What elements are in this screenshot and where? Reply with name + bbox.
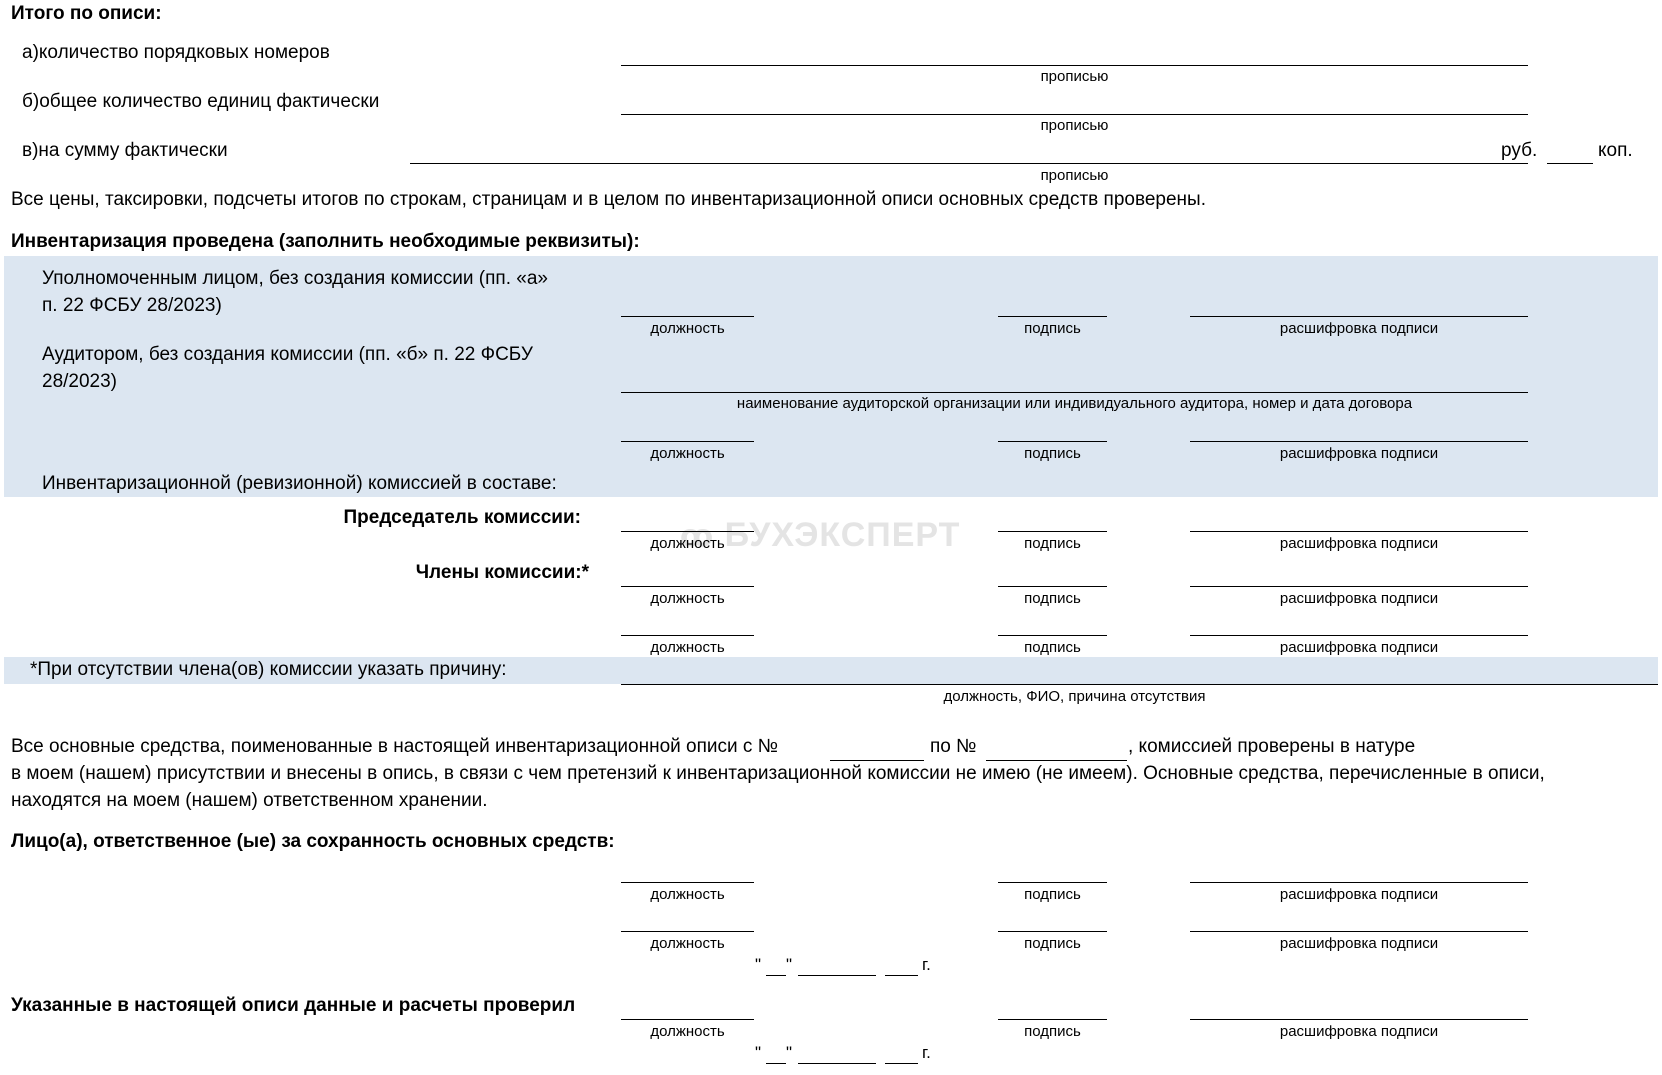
decryption-field[interactable] xyxy=(1190,1019,1528,1020)
decryption-caption: расшифровка подписи xyxy=(1190,320,1528,337)
totals-item-c: в)на сумму фактически xyxy=(22,140,228,162)
decryption-caption: расшифровка подписи xyxy=(1190,535,1528,552)
decryption-caption: расшифровка подписи xyxy=(1190,445,1528,462)
verified-note: Все цены, таксировки, подсчеты итогов по… xyxy=(11,189,1206,211)
position-caption: должность xyxy=(601,935,774,952)
position-caption: должность xyxy=(601,886,774,903)
decryption-caption: расшифровка подписи xyxy=(1190,935,1528,952)
totals-b-caption: прописью xyxy=(621,117,1528,134)
signature-field[interactable] xyxy=(998,586,1107,587)
auditor-name-caption: наименование аудиторской организации или… xyxy=(621,395,1528,412)
signature-field[interactable] xyxy=(998,441,1107,442)
from-number-field[interactable] xyxy=(830,760,924,761)
date-field[interactable] xyxy=(885,1063,918,1064)
position-field[interactable] xyxy=(621,635,754,636)
date-text: г. xyxy=(922,1043,931,1063)
date-field[interactable] xyxy=(766,975,786,976)
signature-caption: подпись xyxy=(978,445,1127,462)
totals-b-field[interactable] xyxy=(621,114,1528,115)
absence-note: *При отсутствии члена(ов) комиссии указа… xyxy=(30,659,507,681)
signature-caption: подпись xyxy=(978,590,1127,607)
totals-c-caption: прописью xyxy=(621,167,1528,184)
statement-part3: , комиссией проверены в натуре xyxy=(1128,736,1415,758)
signature-field[interactable] xyxy=(998,1019,1107,1020)
date-field[interactable] xyxy=(766,1063,786,1064)
decryption-caption: расшифровка подписи xyxy=(1190,590,1528,607)
date-text: г. xyxy=(922,955,931,975)
to-number-field[interactable] xyxy=(986,760,1127,761)
decryption-caption: расшифровка подписи xyxy=(1190,886,1528,903)
decryption-field[interactable] xyxy=(1190,441,1528,442)
date-field[interactable] xyxy=(798,1063,876,1064)
position-field[interactable] xyxy=(621,931,754,932)
position-caption: должность xyxy=(601,590,774,607)
date-text: " xyxy=(755,955,761,975)
signature-field[interactable] xyxy=(998,635,1107,636)
inventory-heading: Инвентаризация проведена (заполнить необ… xyxy=(11,231,640,253)
statement-line1: Все основные средства, поименованные в н… xyxy=(11,736,778,758)
decryption-field[interactable] xyxy=(1190,635,1528,636)
kop-label: коп. xyxy=(1598,140,1633,162)
totals-item-b: б)общее количество единиц фактически xyxy=(22,91,379,113)
position-caption: должность xyxy=(601,445,774,462)
signature-caption: подпись xyxy=(978,320,1127,337)
position-caption: должность xyxy=(601,639,774,656)
decryption-caption: расшифровка подписи xyxy=(1190,1023,1528,1040)
position-field[interactable] xyxy=(621,441,754,442)
decryption-field[interactable] xyxy=(1190,531,1528,532)
signature-caption: подпись xyxy=(978,639,1127,656)
decryption-field[interactable] xyxy=(1190,316,1528,317)
signature-caption: подпись xyxy=(978,1023,1127,1040)
signature-field[interactable] xyxy=(998,882,1107,883)
position-caption: должность xyxy=(601,535,774,552)
totals-a-field[interactable] xyxy=(621,65,1528,66)
to-number-label: по № xyxy=(930,736,977,758)
decryption-field[interactable] xyxy=(1190,586,1528,587)
statement-line3: находятся на моем (нашем) ответственном … xyxy=(11,790,488,812)
absence-caption: должность, ФИО, причина отсутствия xyxy=(621,688,1528,705)
position-field[interactable] xyxy=(621,531,754,532)
totals-a-caption: прописью xyxy=(621,68,1528,85)
position-field[interactable] xyxy=(621,316,754,317)
checked-heading: Указанные в настоящей описи данные и рас… xyxy=(11,995,575,1017)
date-field[interactable] xyxy=(798,975,876,976)
signature-field[interactable] xyxy=(998,531,1107,532)
rub-label: руб. xyxy=(1501,140,1537,162)
commission-label: Инвентаризационной (ревизионной) комисси… xyxy=(42,473,557,495)
decryption-caption: расшифровка подписи xyxy=(1190,639,1528,656)
absence-field[interactable] xyxy=(621,684,1658,685)
chairman-label: Председатель комиссии: xyxy=(344,507,581,529)
position-caption: должность xyxy=(601,320,774,337)
auditor-option: Аудитором, без создания комиссии (пп. «б… xyxy=(42,341,533,395)
date-text: " xyxy=(755,1043,761,1063)
kop-field[interactable] xyxy=(1547,163,1593,164)
date-field[interactable] xyxy=(885,975,918,976)
decryption-field[interactable] xyxy=(1190,931,1528,932)
date-text: " xyxy=(786,1043,792,1063)
decryption-field[interactable] xyxy=(1190,882,1528,883)
totals-item-a: а)количество порядковых номеров xyxy=(22,42,330,64)
signature-caption: подпись xyxy=(978,935,1127,952)
position-field[interactable] xyxy=(621,1019,754,1020)
members-label: Члены комиссии:* xyxy=(416,562,589,584)
signature-caption: подпись xyxy=(978,535,1127,552)
position-caption: должность xyxy=(601,1023,774,1040)
position-field[interactable] xyxy=(621,882,754,883)
totals-heading: Итого по описи: xyxy=(11,3,162,25)
signature-field[interactable] xyxy=(998,931,1107,932)
responsible-heading: Лицо(а), ответственное (ые) за сохраннос… xyxy=(11,831,615,853)
date-text: " xyxy=(786,955,792,975)
position-field[interactable] xyxy=(621,586,754,587)
signature-field[interactable] xyxy=(998,316,1107,317)
signature-caption: подпись xyxy=(978,886,1127,903)
totals-sum-field[interactable] xyxy=(410,163,1528,164)
auditor-name-field[interactable] xyxy=(621,392,1528,393)
authorized-person-option: Уполномоченным лицом, без создания комис… xyxy=(42,265,548,319)
statement-line2: в моем (нашем) присутствии и внесены в о… xyxy=(11,763,1545,785)
